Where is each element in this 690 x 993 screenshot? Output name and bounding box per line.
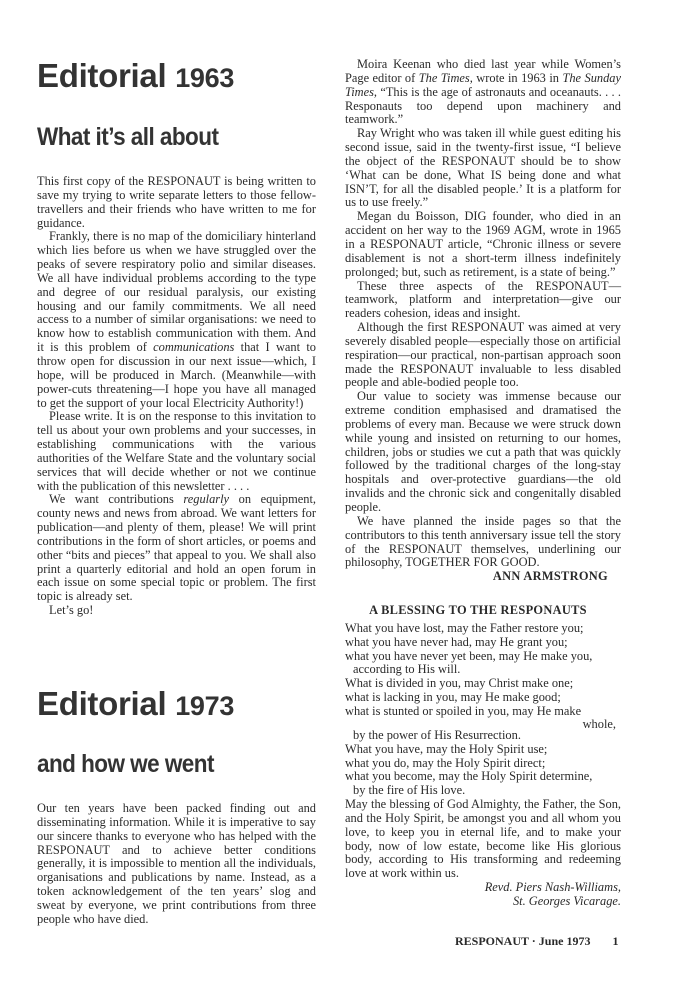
- editorial-1973-intro: Our ten years have been packed finding o…: [37, 802, 316, 927]
- paragraph: Moira Keenan who died last year while Wo…: [345, 58, 621, 127]
- paragraph: Ray Wright who was taken ill while guest…: [345, 127, 621, 210]
- editorial-1963-subtitle: What it’s all about: [37, 123, 288, 151]
- signature: ANN ARMSTRONG: [345, 570, 621, 584]
- editorial-1973-title: Editorial 1973: [37, 686, 316, 724]
- blessing-poem: What you have lost, may the Father resto…: [345, 622, 621, 798]
- editorial-1973-subtitle: and how we went: [37, 750, 288, 778]
- editorial-1963-title: Editorial 1963: [37, 58, 316, 96]
- editorial-1963: Editorial 1963 What it’s all about This …: [37, 58, 316, 618]
- paragraph: Although the first RESPONAUT was aimed a…: [345, 321, 621, 390]
- page-number: 1: [612, 934, 618, 948]
- editorial-1973: Editorial 1973 and how we went Our ten y…: [37, 686, 316, 927]
- paragraph: Megan du Boisson, DIG founder, who died …: [345, 210, 621, 279]
- paragraph: Our value to society was immense because…: [345, 390, 621, 515]
- paragraph: Let’s go!: [37, 604, 316, 618]
- blessing-author: Revd. Piers Nash-Williams,: [345, 881, 621, 895]
- editorial-1973-continued: Moira Keenan who died last year while Wo…: [345, 58, 621, 909]
- paragraph: We want contributions regularly on equip…: [37, 493, 316, 604]
- paragraph: Frankly, there is no map of the domicili…: [37, 230, 316, 410]
- editorial-1963-body: This first copy of the RESPONAUT is bein…: [37, 175, 316, 618]
- blessing-title: A BLESSING TO THE RESPONAUTS: [345, 604, 621, 618]
- paragraph: We have planned the inside pages so that…: [345, 515, 621, 570]
- page-footer: RESPONAUT · June 19731: [455, 934, 618, 949]
- paragraph: Please write. It is on the response to t…: [37, 410, 316, 493]
- paragraph: These three aspects of the RESPONAUT—tea…: [345, 280, 621, 322]
- blessing-closing: May the blessing of God Almighty, the Fa…: [345, 798, 621, 881]
- paragraph: This first copy of the RESPONAUT is bein…: [37, 175, 316, 230]
- blessing: A BLESSING TO THE RESPONAUTS What you ha…: [345, 604, 621, 909]
- blessing-author-place: St. Georges Vicarage.: [345, 895, 621, 909]
- publication-name: RESPONAUT · June 1973: [455, 934, 590, 948]
